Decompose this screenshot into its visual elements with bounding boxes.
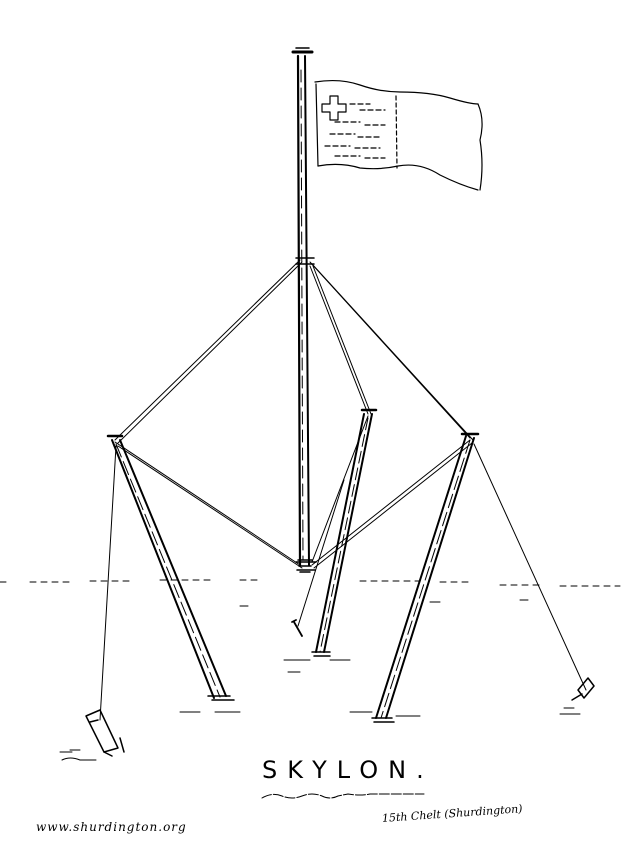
middle-leg bbox=[312, 410, 376, 656]
upper-cables bbox=[115, 260, 473, 443]
title-underline bbox=[262, 794, 424, 798]
flag-cross-emblem bbox=[322, 96, 346, 120]
skylon-sketch bbox=[0, 0, 640, 862]
flag bbox=[315, 81, 482, 190]
anchor-cables bbox=[100, 444, 586, 720]
ground-line bbox=[0, 580, 620, 606]
middle-anchor bbox=[292, 620, 302, 636]
ground-marks bbox=[60, 660, 580, 752]
drawing-title: SKYLON. bbox=[262, 756, 434, 784]
lower-cables bbox=[115, 416, 472, 568]
right-leg bbox=[372, 434, 478, 722]
right-anchor bbox=[564, 678, 594, 708]
website-url: www.shurdington.org bbox=[36, 820, 187, 834]
left-leg bbox=[108, 436, 234, 700]
central-mast bbox=[293, 48, 312, 572]
